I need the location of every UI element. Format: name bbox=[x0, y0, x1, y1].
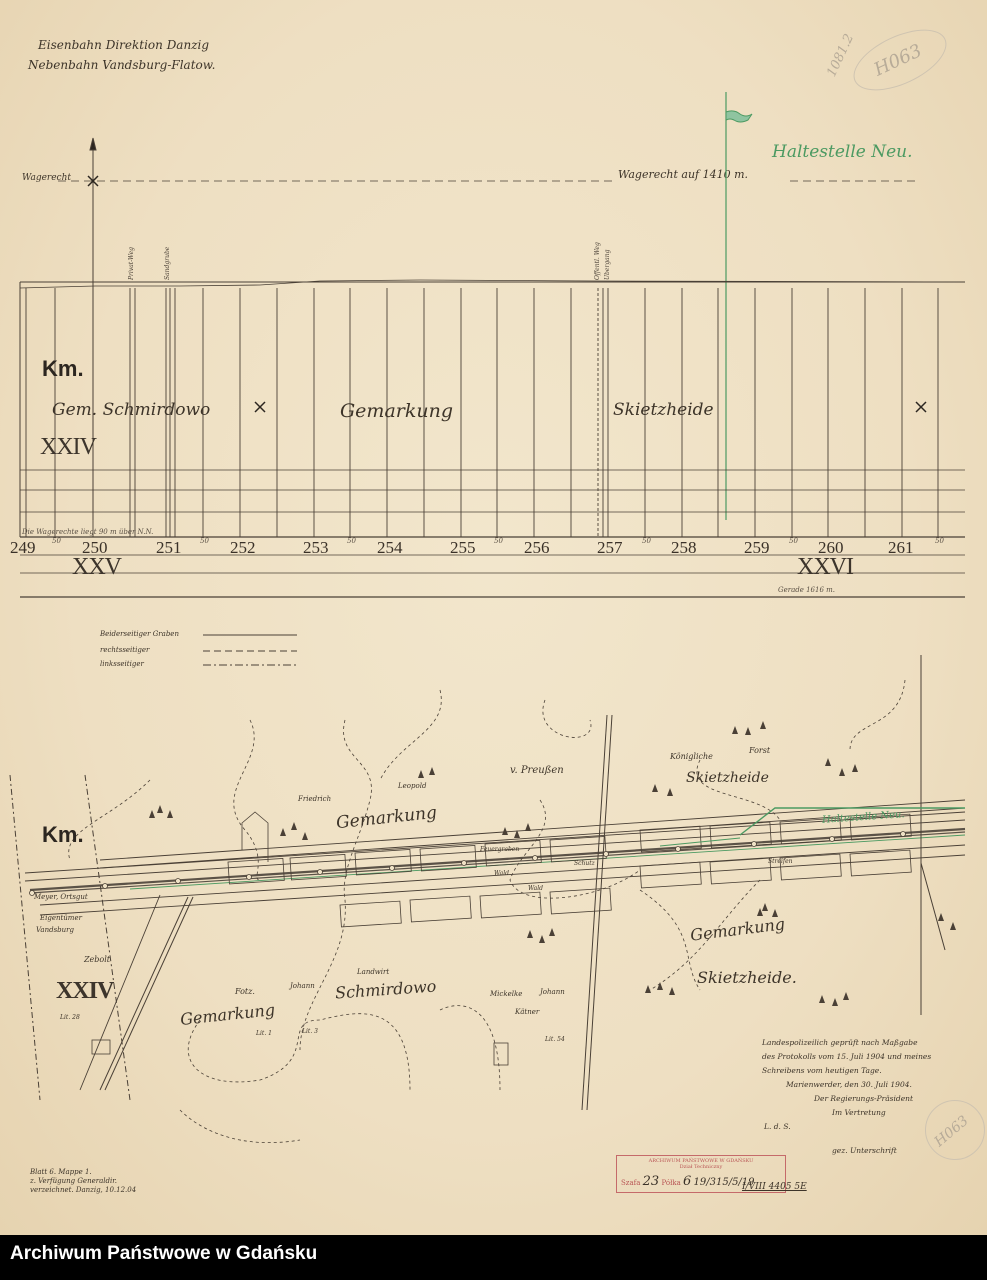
note-line: z. Verfügung Generaldir. bbox=[30, 1177, 136, 1186]
field-label-left: Gem. Schmirdowo bbox=[52, 400, 210, 420]
map-label-wald-2: Wald bbox=[528, 885, 543, 892]
map-label-lit54: Lit. 54 bbox=[545, 1036, 565, 1043]
roman-km-left: XXV bbox=[72, 554, 121, 581]
half-marker: 50 bbox=[347, 537, 356, 545]
station-256: 256 bbox=[524, 538, 550, 558]
map-label-koenigliche: Königliche bbox=[670, 752, 713, 761]
field-label-right: Skietzheide bbox=[613, 400, 714, 420]
map-label-skietzheide-north: Skietzheide bbox=[686, 770, 769, 786]
legend-item-right: rechtsseitiger bbox=[100, 646, 149, 654]
map-label-johann: Johann bbox=[290, 982, 315, 990]
annotation-line: Im Vertretung bbox=[762, 1106, 931, 1120]
legend-item-both: Beiderseitiger Graben bbox=[100, 630, 179, 638]
vertical-note: Sandgrube bbox=[164, 210, 171, 280]
station-252: 252 bbox=[230, 538, 256, 558]
archive-footer-bar: Archiwum Państwowe w Gdańsku bbox=[0, 1235, 987, 1280]
vertical-note: Öffentl. Weg bbox=[594, 200, 601, 280]
map-label-preussen: v. Preußen bbox=[510, 765, 564, 776]
map-label-schutz: Schutz bbox=[574, 860, 595, 867]
map-label-feuergraben: Feuergraben bbox=[480, 846, 519, 853]
map-label-forst: Forst bbox=[749, 746, 770, 755]
roman-km-right: XXVI bbox=[797, 554, 853, 581]
legend-item-left: linksseitiger bbox=[100, 660, 144, 668]
stamp-subtitle: Dział Techniczny bbox=[617, 1164, 785, 1170]
map-label-wald-1: Wald bbox=[494, 870, 509, 877]
map-label-kaetner: Kätner bbox=[515, 1008, 539, 1016]
half-marker: 50 bbox=[52, 537, 61, 545]
vertical-note: Privat-Weg bbox=[128, 210, 135, 280]
station-259: 259 bbox=[744, 538, 770, 558]
map-label-fotz: Fotz. bbox=[235, 987, 255, 996]
stamp-polka-label: Półka bbox=[661, 1179, 680, 1187]
map-label-lit1: Lit. 1 bbox=[256, 1030, 272, 1037]
annotation-line: des Protokolls vom 15. Juli 1904 und mei… bbox=[762, 1050, 931, 1064]
annotation-line: Schreibens vom heutigen Tage. bbox=[762, 1064, 931, 1078]
map-label-friedrich: Friedrich bbox=[298, 795, 331, 803]
annotation-line: Marienwerder, den 30. Juli 1904. bbox=[762, 1078, 931, 1092]
half-marker: 50 bbox=[935, 537, 944, 545]
map-label-johann-3: Johann bbox=[540, 988, 565, 996]
half-marker: 50 bbox=[642, 537, 651, 545]
half-marker: 50 bbox=[789, 537, 798, 545]
station-251: 251 bbox=[156, 538, 182, 558]
profile-km-label: Km. bbox=[42, 356, 84, 382]
archive-name: Archiwum Państwowe w Gdańsku bbox=[10, 1243, 317, 1264]
stamp-szafa-value: 23 bbox=[643, 1174, 660, 1189]
map-roman: XXIV bbox=[56, 978, 113, 1005]
map-label-lit3: Lit. 3 bbox=[302, 1028, 318, 1035]
station-249: 249 bbox=[10, 538, 36, 558]
map-label-eigentuemer: Eigentümer bbox=[40, 914, 82, 922]
station-255: 255 bbox=[450, 538, 476, 558]
note-line: Blatt 6. Mappe 1. bbox=[30, 1168, 136, 1177]
map-label-skietzheide-south: Skietzheide. bbox=[697, 968, 797, 987]
stamp-polka-value: 6 bbox=[683, 1174, 691, 1189]
map-label-zebolt: Zebolt bbox=[84, 955, 110, 964]
map-label-leopold: Leopold bbox=[398, 782, 426, 790]
map-label-vandsburg: Vandsburg bbox=[36, 926, 74, 934]
station-258: 258 bbox=[671, 538, 697, 558]
station-257: 257 bbox=[597, 538, 623, 558]
baseline-note: Die Wagerechte liegt 90 m über N.N. bbox=[22, 528, 153, 536]
approval-annotation: Landespolizeilich geprüft nach Maßgabe d… bbox=[762, 1036, 931, 1158]
station-254: 254 bbox=[377, 538, 403, 558]
half-marker: 50 bbox=[494, 537, 503, 545]
archive-reference: I/VIII 4405 5E bbox=[742, 1182, 807, 1192]
map-label-mickelke: Mickelke bbox=[490, 990, 522, 998]
field-label-middle: Gemarkung bbox=[340, 400, 453, 422]
map-label-landwirt: Landwirt bbox=[357, 968, 389, 976]
map-label-lit28: Lit. 28 bbox=[60, 1014, 80, 1021]
scanned-document: Eisenbahn Direktion Danzig Nebenbahn Van… bbox=[0, 0, 987, 1235]
bottom-left-notes: Blatt 6. Mappe 1. z. Verfügung Generaldi… bbox=[30, 1168, 136, 1195]
straight-note: Gerade 1616 m. bbox=[778, 586, 835, 594]
annotation-line: Landespolizeilich geprüft nach Maßgabe bbox=[762, 1036, 931, 1050]
stamp-szafa-label: Szafa bbox=[621, 1179, 640, 1187]
annotation-line: L. d. S. bbox=[762, 1120, 931, 1134]
roman-upper: XXIV bbox=[40, 434, 96, 461]
station-261: 261 bbox=[888, 538, 914, 558]
note-line: verzeichnet. Danzig, 10.12.04 bbox=[30, 1186, 136, 1195]
annotation-line: Der Regierungs-Präsident bbox=[762, 1092, 931, 1106]
annotation-line: gez. Unterschrift bbox=[762, 1144, 931, 1158]
vertical-note: Übergang bbox=[604, 200, 611, 280]
half-marker: 50 bbox=[200, 537, 209, 545]
station-253: 253 bbox=[303, 538, 329, 558]
map-label-streifen: Streifen bbox=[768, 858, 793, 865]
map-label-meyer: Meyer, Ortsgut bbox=[34, 893, 88, 901]
map-km-label: Km. bbox=[42, 822, 84, 848]
